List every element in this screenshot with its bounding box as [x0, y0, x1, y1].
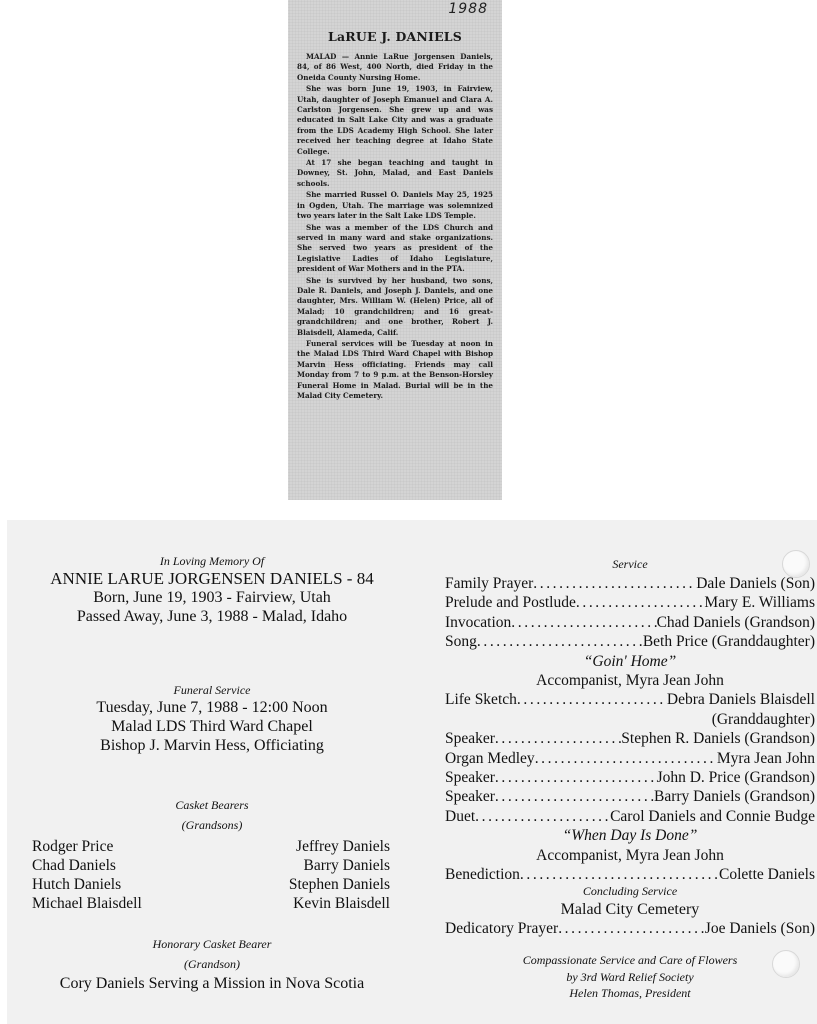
service-item-value: Joe Daniels (Son) — [705, 919, 815, 938]
funeral-program: In Loving Memory Of ANNIE LARUE JORGENSE… — [7, 520, 817, 1024]
program-left-column: In Loving Memory Of ANNIE LARUE JORGENSE… — [7, 520, 417, 1024]
dot-leader — [520, 865, 719, 884]
dot-leader — [475, 807, 610, 826]
service-item-value: Colette Daniels — [719, 865, 815, 884]
cemetery-name: Malad City Cemetery — [445, 900, 815, 919]
service-item-value: Beth Price (Granddaughter) — [643, 632, 815, 651]
service-item-value-continued: (Granddaughter) — [445, 710, 815, 729]
service-item-label: Speaker — [445, 787, 495, 806]
dot-leader — [495, 729, 621, 748]
memory-heading: In Loving Memory Of — [7, 554, 417, 569]
song-title: “Goin' Home” — [445, 652, 815, 671]
service-item-label: Speaker — [445, 729, 495, 748]
dot-leader — [477, 632, 643, 651]
obituary-paragraph: She was born June 19, 1903, in Fairview,… — [297, 84, 493, 157]
service-item-label: Speaker — [445, 768, 495, 787]
service-item-value: John D. Price (Grandson) — [657, 768, 815, 787]
casket-bearers-section: Casket Bearers (Grandsons) Rodger Price … — [7, 795, 417, 917]
song-title: “When Day Is Done” — [445, 826, 815, 845]
bearer-name: Barry Daniels — [289, 856, 390, 875]
honorary-subheading: (Grandson) — [7, 954, 417, 974]
dot-leader — [576, 593, 705, 612]
bearers-left-column: Rodger Price Chad Daniels Hutch Daniels … — [32, 837, 142, 913]
bearers-list: Rodger Price Chad Daniels Hutch Daniels … — [7, 837, 417, 917]
passed-line: Passed Away, June 3, 1988 - Malad, Idaho — [7, 607, 417, 626]
honorary-text: Cory Daniels Serving a Mission in Nova S… — [7, 974, 417, 993]
concluding-heading: Concluding Service — [445, 883, 815, 900]
dot-leader — [535, 749, 717, 768]
service-item: SpeakerBarry Daniels (Grandson) — [445, 787, 815, 806]
bearers-subheading: (Grandsons) — [7, 815, 417, 835]
bearer-name: Jeffrey Daniels — [289, 837, 390, 856]
bearers-right-column: Jeffrey Daniels Barry Daniels Stephen Da… — [289, 837, 390, 913]
service-heading: Service — [445, 556, 815, 572]
service-section: Service Family PrayerDale Daniels (Son) … — [445, 556, 815, 885]
service-item: InvocationChad Daniels (Grandson) — [445, 613, 815, 632]
service-item-value: Myra Jean John — [717, 749, 815, 768]
service-item-value: Barry Daniels (Grandson) — [654, 787, 815, 806]
credits-section: Compassionate Service and Care of Flower… — [445, 952, 815, 1002]
obituary-paragraph: MALAD — Annie LaRue Jorgensen Daniels, 8… — [297, 52, 493, 83]
dot-leader — [558, 919, 705, 938]
obituary-paragraph: At 17 she began teaching and taught in D… — [297, 158, 493, 189]
obituary-paragraph: She married Russel O. Daniels May 25, 19… — [297, 190, 493, 221]
funeral-heading: Funeral Service — [7, 683, 417, 698]
concluding-section: Concluding Service Malad City Cemetery D… — [445, 883, 815, 938]
credits-line: by 3rd Ward Relief Society — [445, 969, 815, 986]
bearer-name: Stephen Daniels — [289, 875, 390, 894]
service-item: Family PrayerDale Daniels (Son) — [445, 574, 815, 593]
obituary-headline: LaRUE J. DANIELS — [297, 30, 493, 44]
dot-leader — [517, 690, 667, 709]
service-item: Life SketchDebra Daniels Blaisdell — [445, 690, 815, 709]
service-item-label: Family Prayer — [445, 574, 533, 593]
bearer-name: Chad Daniels — [32, 856, 142, 875]
obituary-paragraph: Funeral services will be Tuesday at noon… — [297, 339, 493, 401]
service-item: SpeakerStephen R. Daniels (Grandson) — [445, 729, 815, 748]
bearer-name: Rodger Price — [32, 837, 142, 856]
obituary-clipping: 1988 LaRUE J. DANIELS MALAD — Annie LaRu… — [288, 0, 502, 500]
service-item: SongBeth Price (Granddaughter) — [445, 632, 815, 651]
service-item: BenedictionColette Daniels — [445, 865, 815, 884]
honorary-heading: Honorary Casket Bearer — [7, 934, 417, 954]
honorary-bearer-section: Honorary Casket Bearer (Grandson) Cory D… — [7, 934, 417, 993]
service-item: SpeakerJohn D. Price (Grandson) — [445, 768, 815, 787]
service-item-value: Mary E. Williams — [704, 593, 815, 612]
memory-section: In Loving Memory Of ANNIE LARUE JORGENSE… — [7, 554, 417, 626]
born-line: Born, June 19, 1903 - Fairview, Utah — [7, 588, 417, 607]
service-item-value: Debra Daniels Blaisdell — [667, 690, 815, 709]
accompanist-line: Accompanist, Myra Jean John — [445, 671, 815, 690]
credits-line: Compassionate Service and Care of Flower… — [445, 952, 815, 969]
service-item-label: Duet — [445, 807, 475, 826]
accompanist-line: Accompanist, Myra Jean John — [445, 846, 815, 865]
service-item: DuetCarol Daniels and Connie Budge — [445, 807, 815, 826]
obituary-paragraph: She was a member of the LDS Church and s… — [297, 223, 493, 275]
service-item-label: Life Sketch — [445, 690, 517, 709]
funeral-location: Malad LDS Third Ward Chapel — [7, 717, 417, 736]
service-item-label: Organ Medley — [445, 749, 535, 768]
handwritten-year: 1988 — [448, 4, 488, 14]
service-item-value: Carol Daniels and Connie Budge — [610, 807, 815, 826]
service-item: Organ MedleyMyra Jean John — [445, 749, 815, 768]
punch-hole-icon — [782, 550, 810, 578]
bearer-name: Hutch Daniels — [32, 875, 142, 894]
dot-leader — [495, 787, 654, 806]
service-item: Dedicatory PrayerJoe Daniels (Son) — [445, 919, 815, 938]
dot-leader — [495, 768, 657, 787]
bearer-name: Michael Blaisdell — [32, 894, 142, 913]
service-item-label: Invocation — [445, 613, 511, 632]
service-item-value: Stephen R. Daniels (Grandson) — [621, 729, 815, 748]
service-item-label: Prelude and Postlude — [445, 593, 576, 612]
service-item-label: Benediction — [445, 865, 520, 884]
credits-line: Helen Thomas, President — [445, 985, 815, 1002]
funeral-officiating: Bishop J. Marvin Hess, Officiating — [7, 736, 417, 755]
service-item-label: Song — [445, 632, 477, 651]
funeral-datetime: Tuesday, June 7, 1988 - 12:00 Noon — [7, 698, 417, 717]
dot-leader — [511, 613, 656, 632]
service-item-label: Dedicatory Prayer — [445, 919, 558, 938]
service-item: Prelude and PostludeMary E. Williams — [445, 593, 815, 612]
dot-leader — [533, 574, 696, 593]
bearer-name: Kevin Blaisdell — [289, 894, 390, 913]
program-right-column: Service Family PrayerDale Daniels (Son) … — [445, 520, 815, 1024]
bearers-heading: Casket Bearers — [7, 795, 417, 815]
funeral-section: Funeral Service Tuesday, June 7, 1988 - … — [7, 683, 417, 755]
punch-hole-icon — [772, 950, 800, 978]
service-item-value: Chad Daniels (Grandson) — [657, 613, 815, 632]
obituary-paragraph: She is survived by her husband, two sons… — [297, 276, 493, 338]
deceased-name: ANNIE LARUE JORGENSEN DANIELS - 84 — [7, 569, 417, 588]
